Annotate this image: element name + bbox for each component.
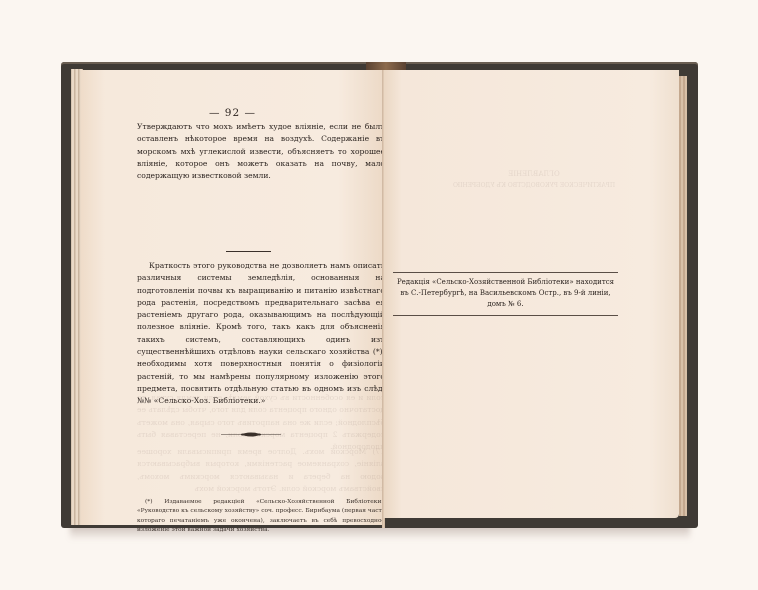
bleed-through-title: ОГЛАВЛЕНІЕ [484, 168, 584, 180]
imprint-text: Редакція «Сельско-Хозяйственной Библіоте… [393, 273, 618, 315]
publisher-imprint: Редакція «Сельско-Хозяйственной Библіоте… [393, 272, 618, 316]
paragraph-2-text: Краткость этого руководства не дозволяет… [137, 260, 385, 408]
section-divider [226, 251, 271, 252]
paragraph-brevity: Краткость этого руководства не дозволяет… [137, 260, 385, 408]
left-page: — 92 — Утверждаютъ что мохъ имѣетъ худое… [81, 70, 384, 525]
paragraph-1-text: Утверждаютъ что мохъ имѣетъ худое вліяні… [137, 121, 385, 182]
imprint-bottom-rule [393, 315, 618, 316]
right-page-edges [679, 76, 687, 516]
bleed-through-subtitle: ПРАКТИЧЕСКОЕ РУКОВОДСТВО КЪ УДОБРЕНІЮ [439, 180, 629, 192]
ornament-divider-icon [221, 432, 281, 437]
footnote: (*) Издаваемое редакціей «Сельско-Хозяйс… [137, 498, 385, 535]
footnote-text: (*) Издаваемое редакціей «Сельско-Хозяйс… [137, 498, 385, 535]
spine-top-wear [366, 62, 406, 70]
page-number: — 92 — [81, 107, 384, 119]
bleed-through-text-2: 17) Морской мохъ. Долгое время приписыва… [137, 446, 385, 495]
bleed-through-text-1: соли и ея особенности въ сухой землѣ, ес… [137, 392, 385, 453]
paragraph-moss-effect: Утверждаютъ что мохъ имѣетъ худое вліяні… [137, 121, 385, 182]
